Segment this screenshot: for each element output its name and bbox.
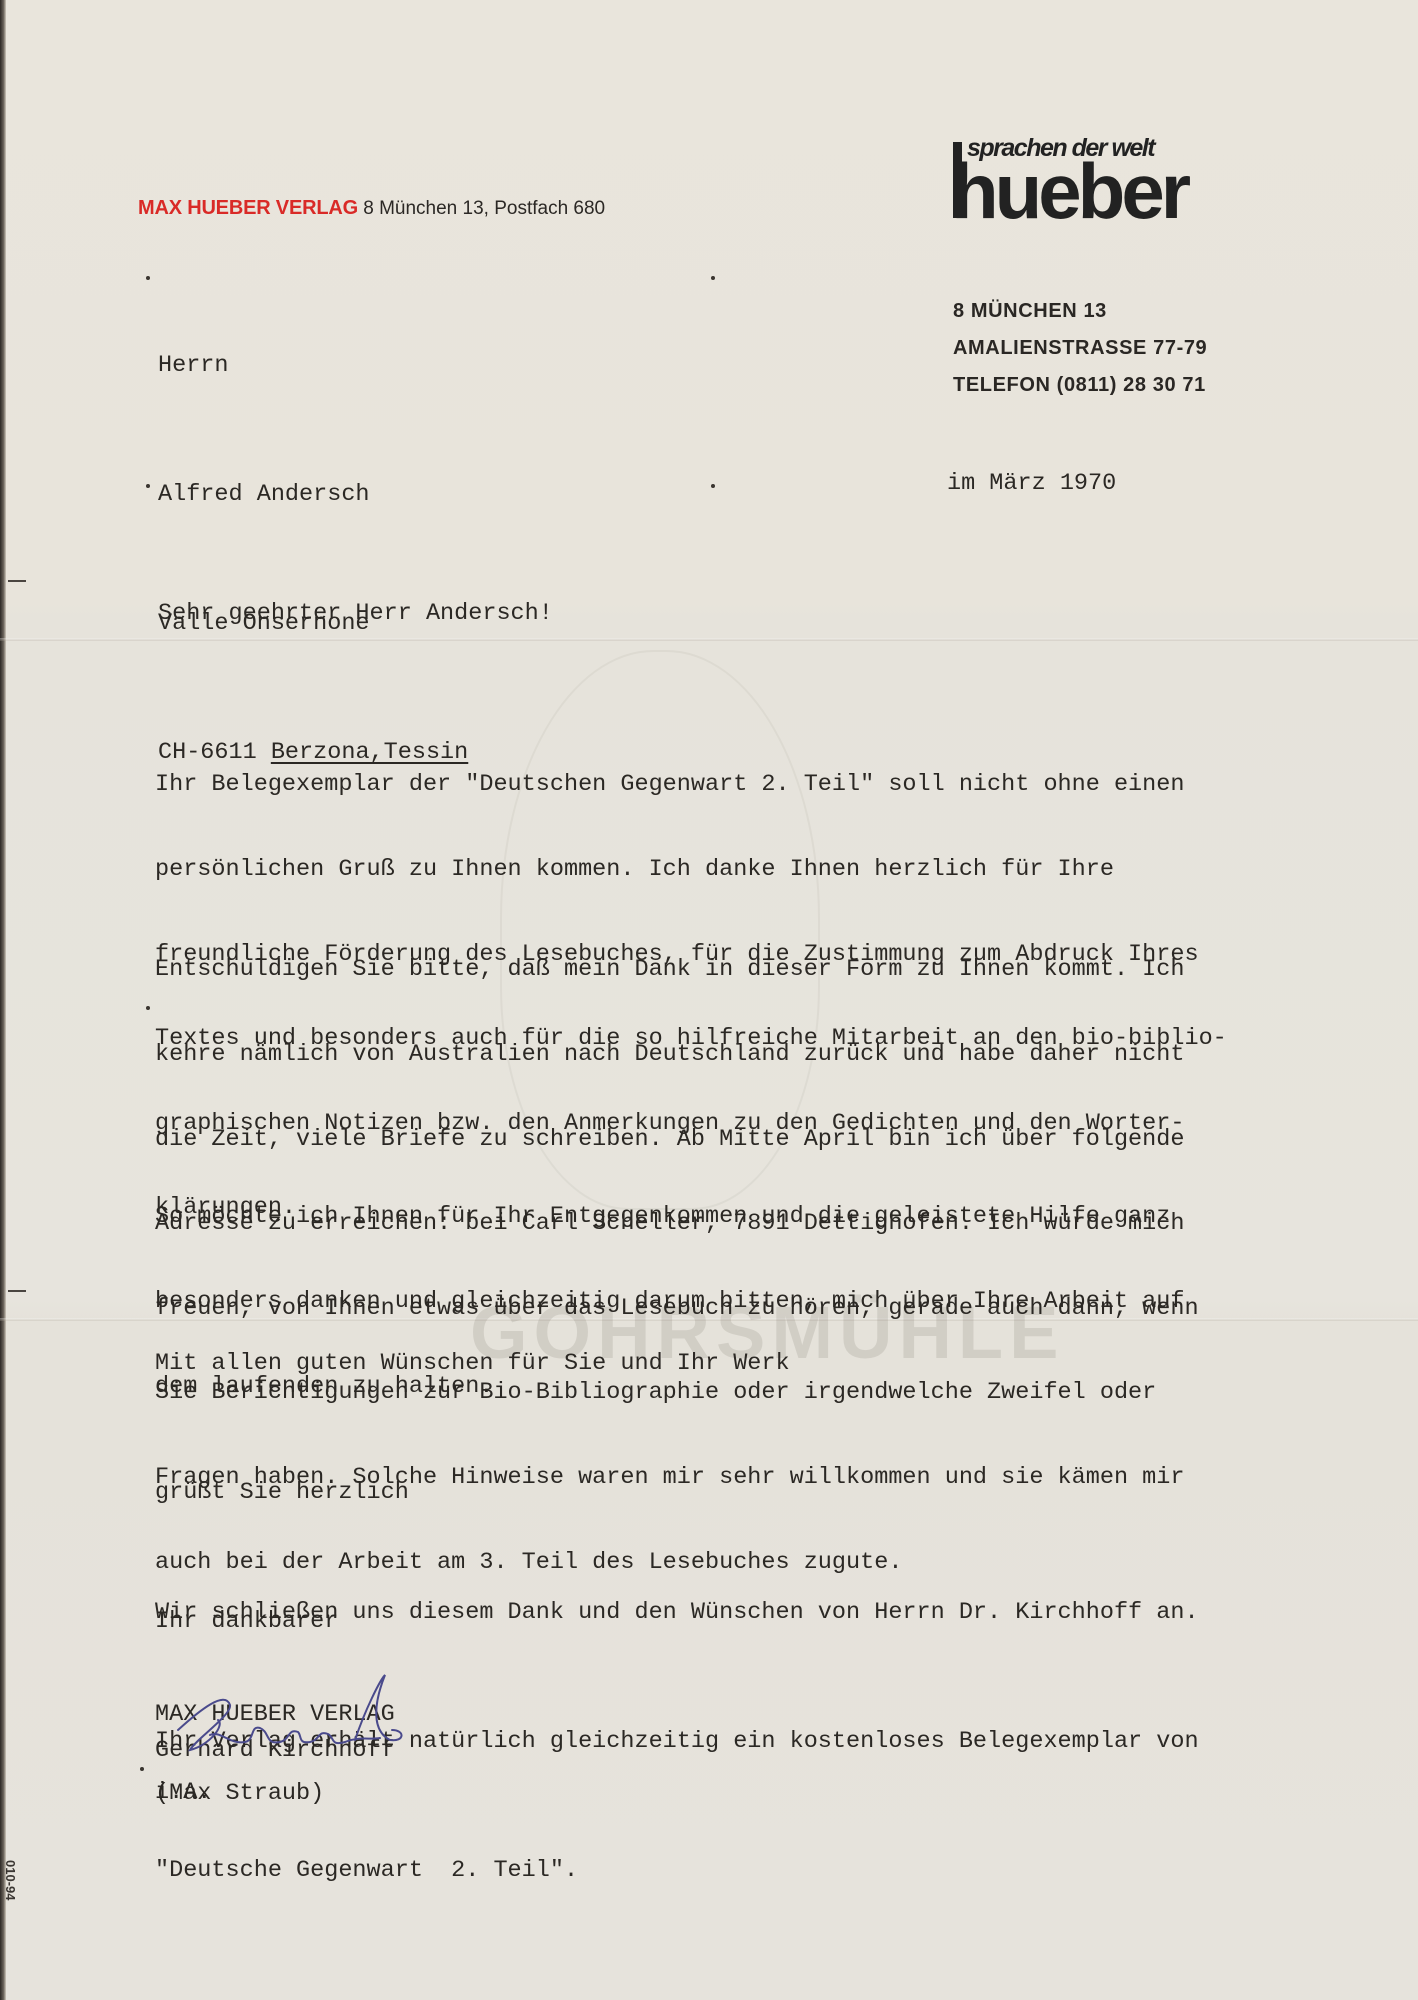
- sender-postal-address: 8 München 13, Postfach 680: [363, 198, 605, 219]
- signer-name: (Max Straub): [155, 1780, 324, 1807]
- text-line: kehre nämlich von Australien nach Deutsc…: [155, 1041, 1199, 1069]
- archive-code: 010-94: [3, 1860, 18, 1900]
- margin-dot: [146, 484, 150, 488]
- address-phone: TELEFON (0811) 28 30 71: [953, 367, 1207, 404]
- paper-edge-shadow: [0, 0, 6, 2000]
- publisher-brand: MAX HUEBER VERLAG: [138, 197, 358, 219]
- text-line: Ihr Belegexemplar der "Deutschen Gegenwa…: [155, 771, 1227, 799]
- logo-wordmark: hueber: [951, 152, 1187, 230]
- salutation: Sehr geehrter Herr Andersch!: [158, 600, 553, 627]
- letterhead-sender-line: MAX HUEBER VERLAG 8 München 13, Postfach…: [138, 197, 605, 220]
- margin-dot: [711, 276, 715, 280]
- recipient-title: Herrn: [158, 344, 468, 387]
- letter-page: GOHRSMÜHLE MAX HUEBER VERLAG 8 München 1…: [0, 0, 1418, 2000]
- margin-dot: [146, 276, 150, 280]
- text-line: So möchte ich Ihnen für Ihr Entgegenkomm…: [155, 1203, 1184, 1231]
- closing-wishes: Mit allen guten Wünschen für Sie und Ihr…: [155, 1342, 790, 1385]
- text-line: Wir schließen uns diesem Dank und den Wü…: [155, 1591, 1199, 1634]
- address-street: AMALIENSTRASSE 77-79: [953, 330, 1207, 367]
- margin-dot: [711, 484, 715, 488]
- recipient-name: Alfred Andersch: [158, 473, 468, 516]
- fold-mark: [8, 580, 26, 582]
- letterhead-address: 8 MÜNCHEN 13 AMALIENSTRASSE 77-79 TELEFO…: [953, 293, 1207, 404]
- text-line: Entschuldigen Sie bitte, daß mein Dank i…: [155, 956, 1199, 984]
- margin-dot: [140, 1767, 144, 1771]
- text-line: persönlichen Gruß zu Ihnen kommen. Ich d…: [155, 856, 1227, 884]
- margin-dot: [146, 1006, 150, 1010]
- handwritten-signature: [170, 1670, 440, 1780]
- letter-date: im März 1970: [947, 470, 1116, 497]
- fold-mark: [8, 1290, 26, 1292]
- address-city: 8 MÜNCHEN 13: [953, 293, 1207, 330]
